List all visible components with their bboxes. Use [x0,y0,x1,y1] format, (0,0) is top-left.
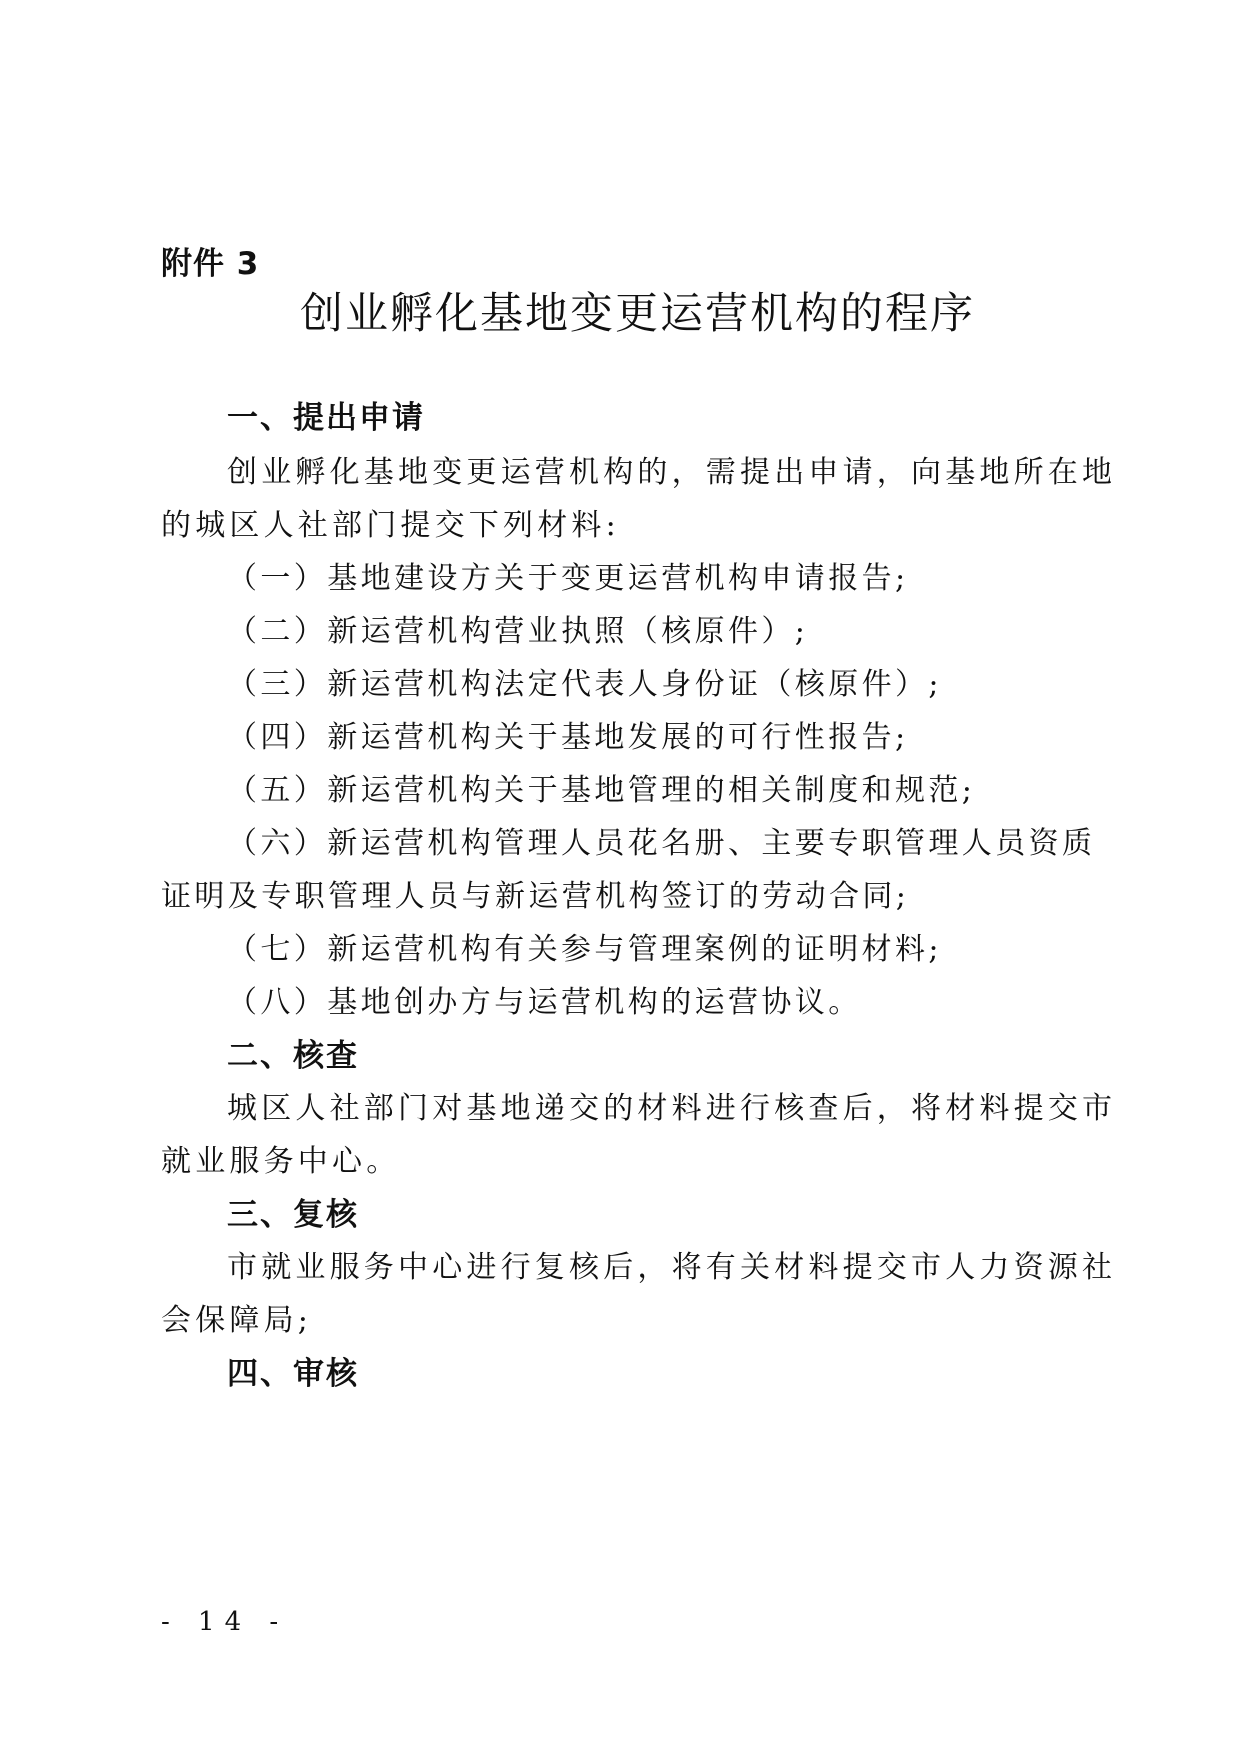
paragraph-line: 会保障局; [161,1295,1091,1339]
list-item: （二）新运营机构营业执照（核原件）; [227,606,1157,650]
paragraph-line: 创业孵化基地变更运营机构的，需提出申请，向基地所在地 [227,447,1157,491]
paragraph-line: 的城区人社部门提交下列材料: [161,500,1091,544]
list-item: （三）新运营机构法定代表人身份证（核原件）; [227,659,1157,703]
list-item: （一）基地建设方关于变更运营机构申请报告; [227,553,1157,597]
section-heading: 三、复核 [227,1189,1157,1234]
section-heading: 四、审核 [227,1348,1157,1393]
document-title: 创业孵化基地变更运营机构的程序 [0,280,1241,341]
list-item: （五）新运营机构关于基地管理的相关制度和规范; [227,765,1157,809]
list-item: （四）新运营机构关于基地发展的可行性报告; [227,712,1157,756]
paragraph-line: 就业服务中心。 [161,1136,1091,1180]
paragraph-line: 市就业服务中心进行复核后，将有关材料提交市人力资源社 [227,1242,1157,1286]
attachment-label: 附件 3 [161,238,259,283]
list-item: （八）基地创办方与运营机构的运营协议。 [227,977,1157,1021]
list-item: （六）新运营机构管理人员花名册、主要专职管理人员资质 [227,818,1157,862]
list-item-continuation: 证明及专职管理人员与新运营机构签订的劳动合同; [161,871,1091,915]
page-number: - 14 - [161,1607,288,1637]
section-heading: 一、提出申请 [227,392,1157,437]
document-page: 附件 3 创业孵化基地变更运营机构的程序 一、提出申请 创业孵化基地变更运营机构… [0,0,1241,1754]
paragraph-line: 城区人社部门对基地递交的材料进行核查后，将材料提交市 [227,1083,1157,1127]
list-item: （七）新运营机构有关参与管理案例的证明材料; [227,924,1157,968]
section-heading: 二、核查 [227,1030,1157,1075]
